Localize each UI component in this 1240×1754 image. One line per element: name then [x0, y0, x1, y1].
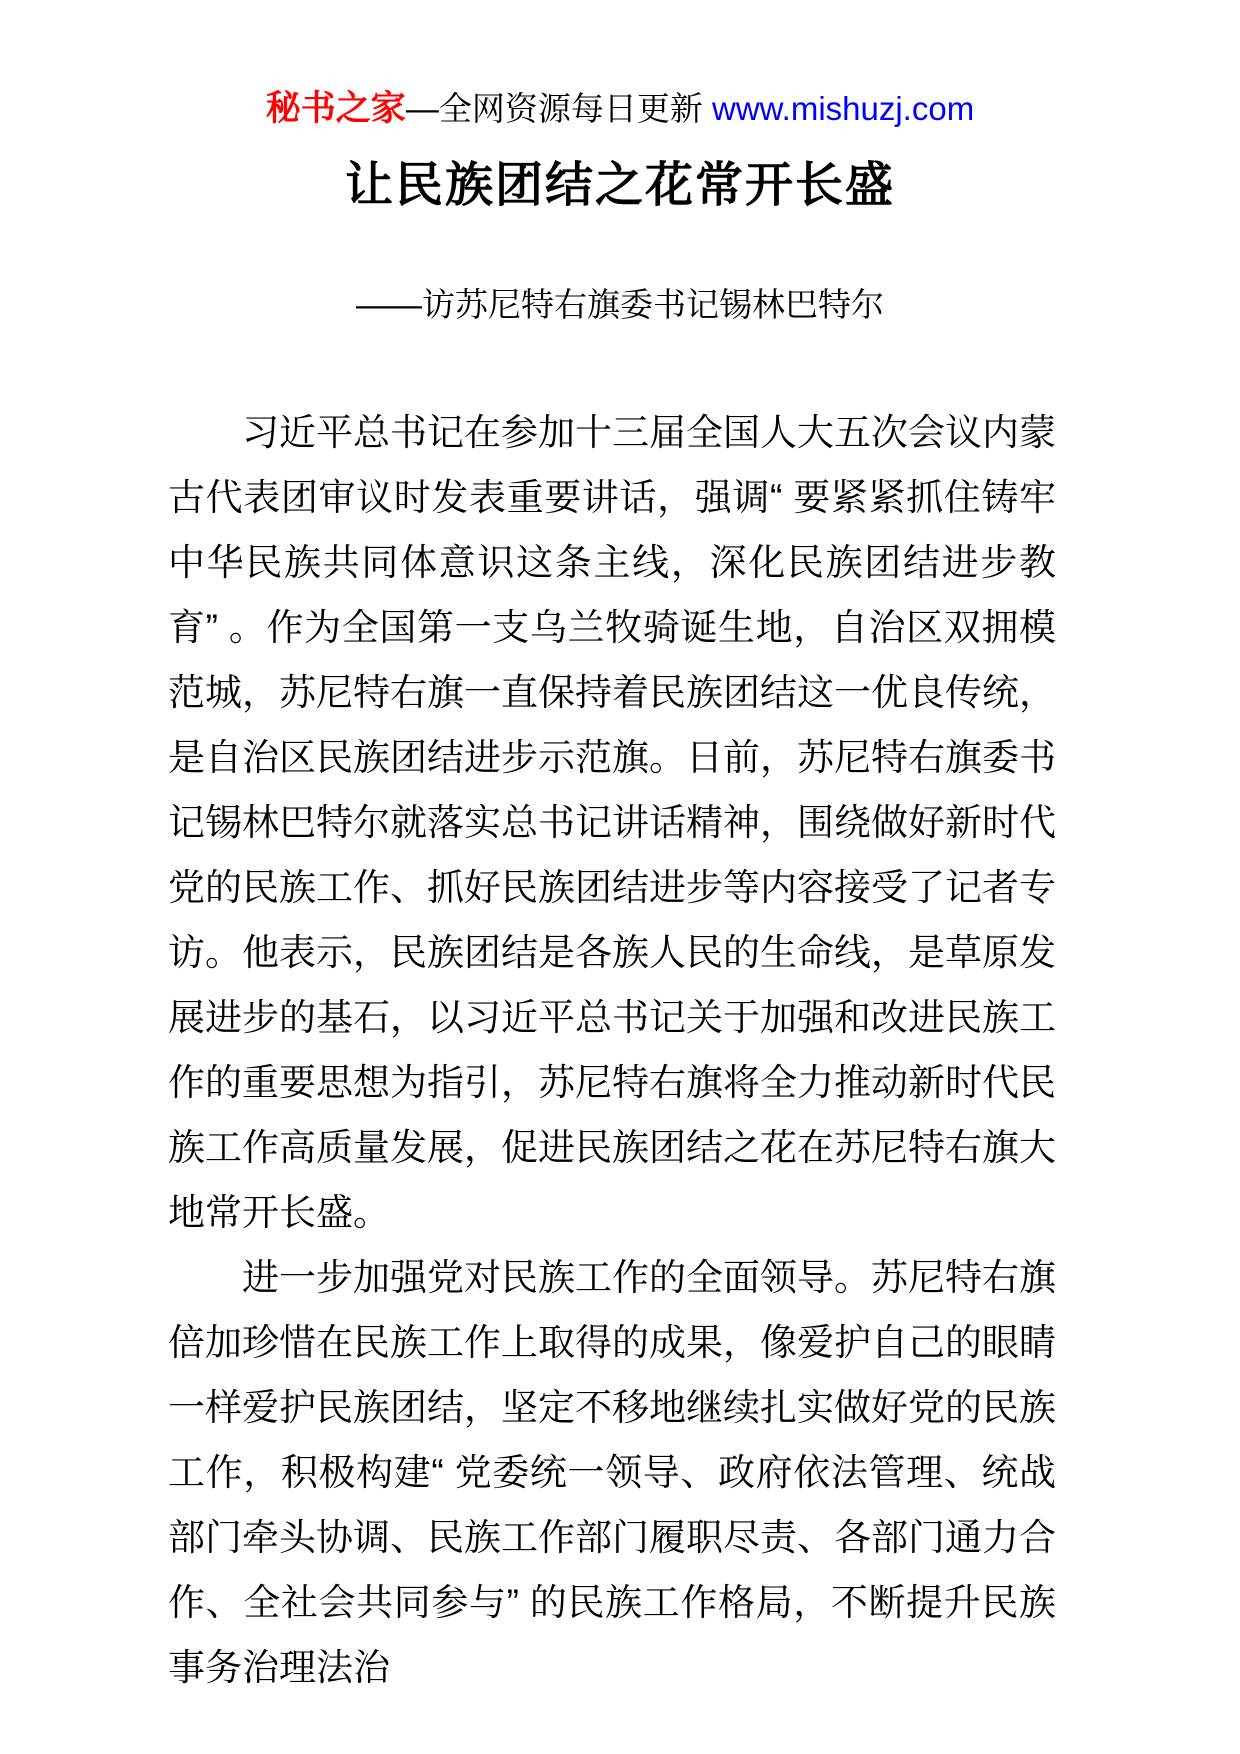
- site-header: 秘书之家—全网资源每日更新 www.mishuzj.com: [0, 86, 1240, 132]
- site-tagline: —全网资源每日更新: [406, 90, 712, 127]
- site-url-link[interactable]: www.mishuzj.com: [712, 90, 974, 127]
- article-title: 让民族团结之花常开长盛: [0, 158, 1240, 214]
- article-subtitle: ——访苏尼特右旗委书记锡林巴特尔: [0, 284, 1240, 326]
- paragraph-2: 进一步加强党对民族工作的全面领导。苏尼特右旗倍加珍惜在民族工作上取得的成果，像爱…: [168, 1245, 1056, 1700]
- paragraph-1: 习近平总书记在参加十三届全国人大五次会议内蒙古代表团审议时发表重要讲话，强调“ …: [168, 400, 1056, 1245]
- article-body: 习近平总书记在参加十三届全国人大五次会议内蒙古代表团审议时发表重要讲话，强调“ …: [168, 400, 1056, 1700]
- document-page: 秘书之家—全网资源每日更新 www.mishuzj.com 让民族团结之花常开长…: [0, 0, 1240, 1754]
- site-name: 秘书之家: [266, 89, 406, 128]
